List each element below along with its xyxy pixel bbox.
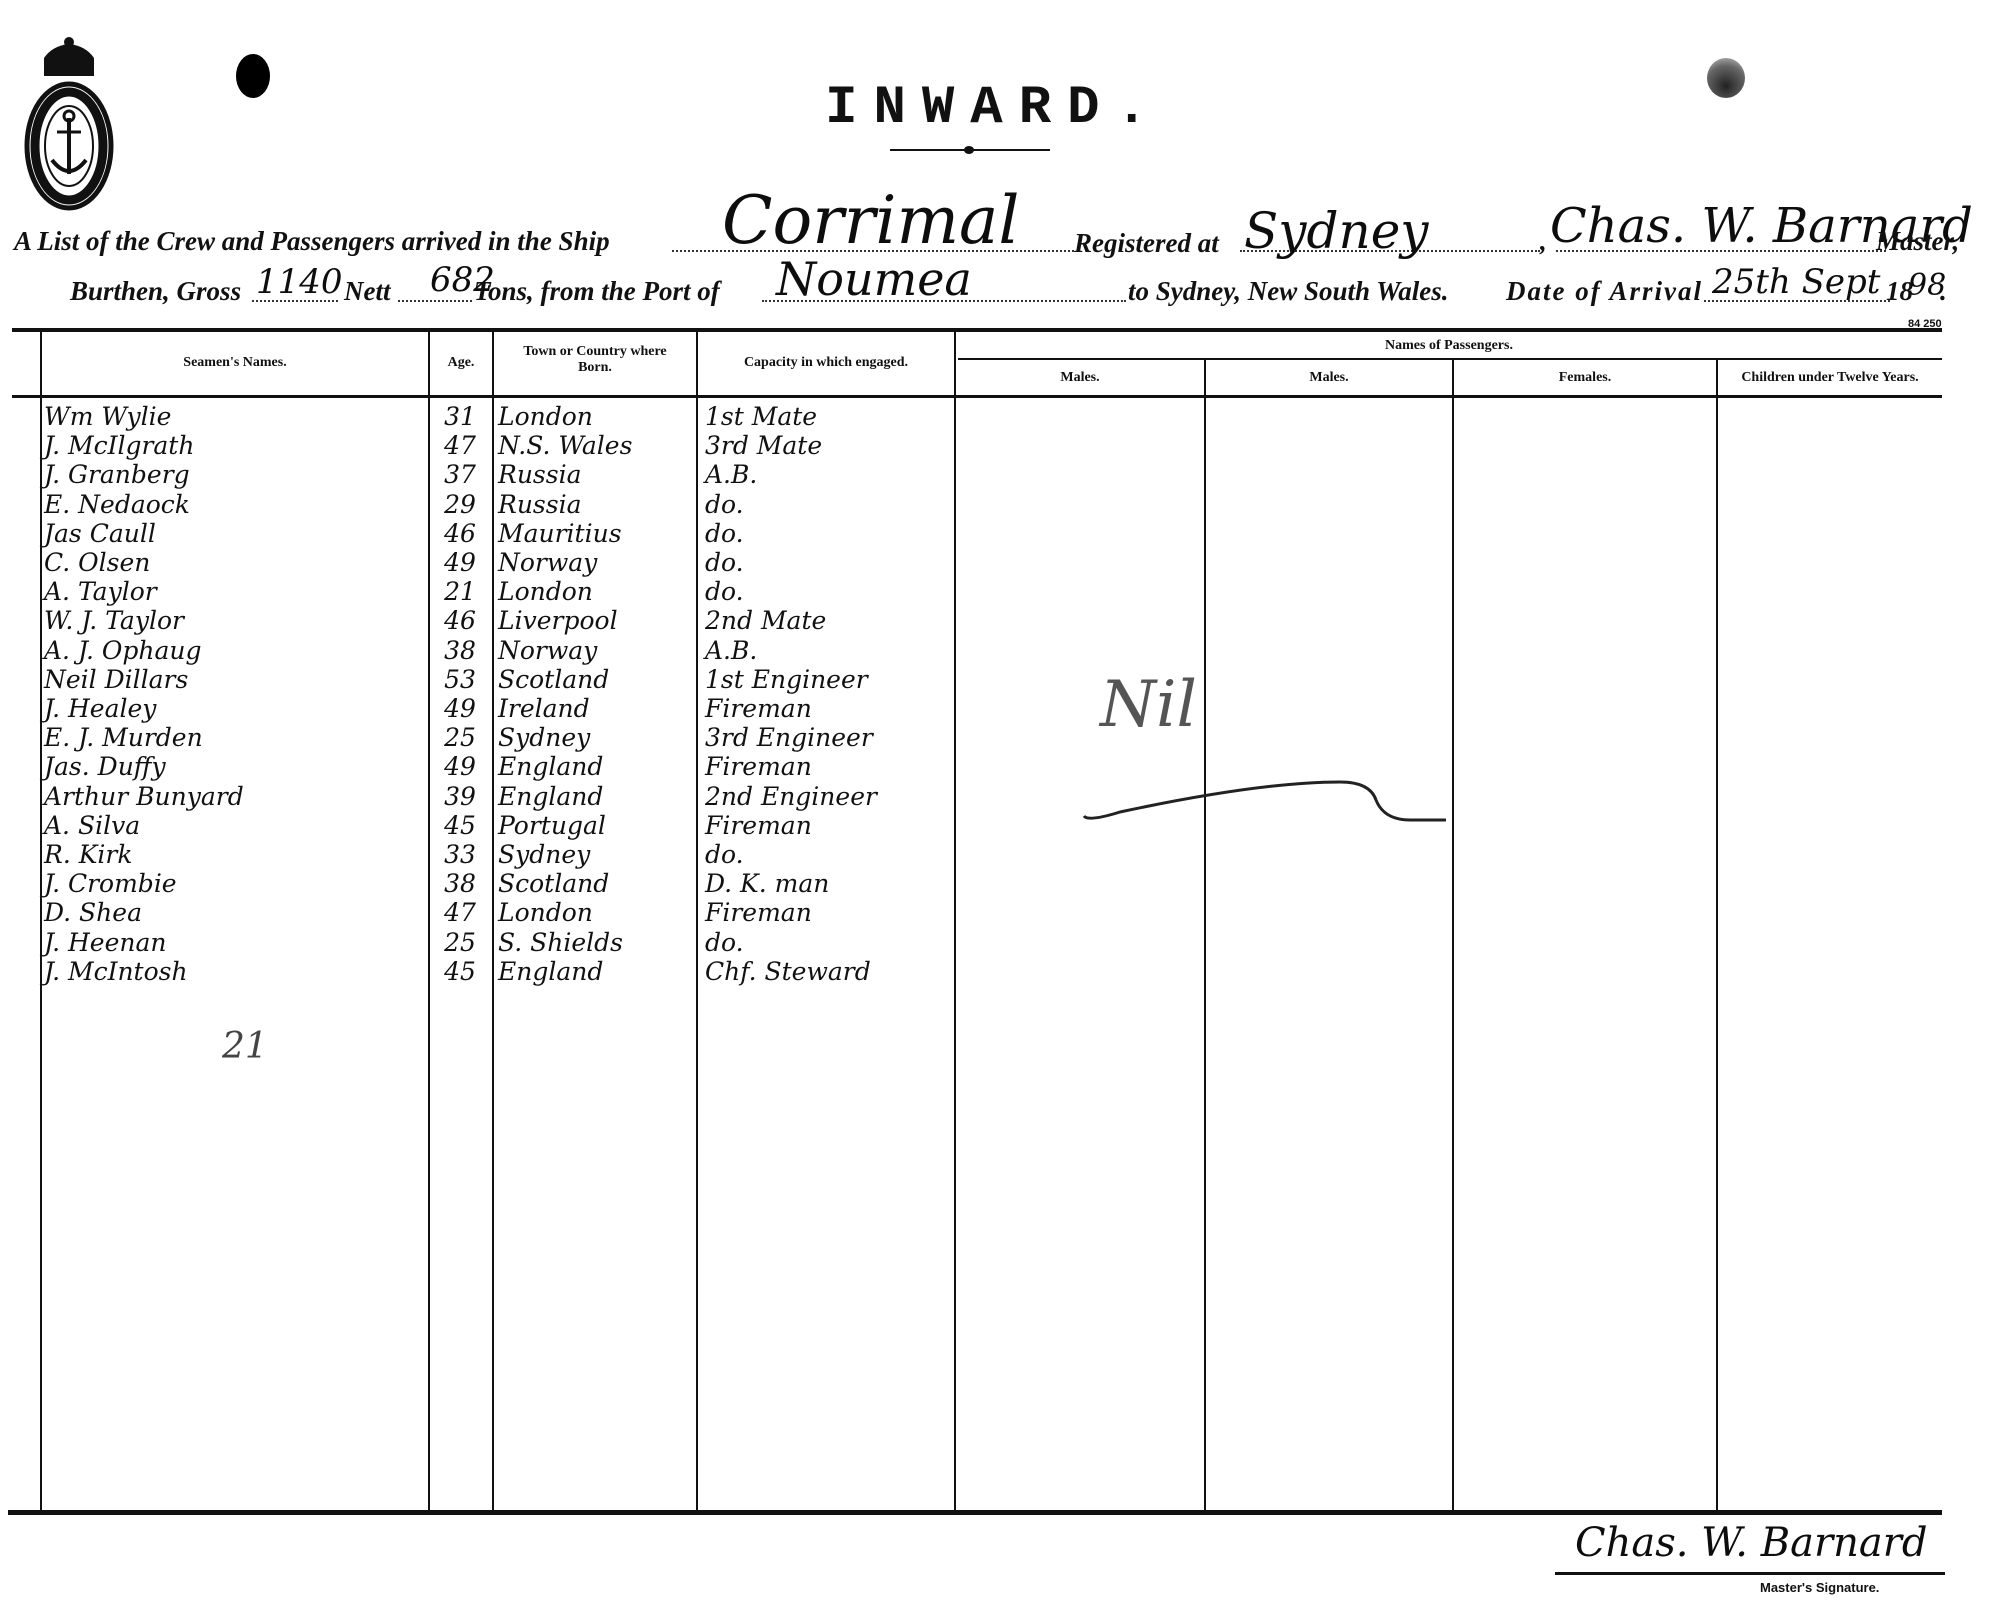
crew-birthplace: Russia xyxy=(498,490,581,519)
crew-capacity: 3rd Engineer xyxy=(705,723,873,752)
crew-capacity: A.B. xyxy=(705,636,757,665)
crew-capacity: D. K. man xyxy=(705,869,829,898)
crew-row: J. Granberg37RussiaA.B. xyxy=(0,460,1989,487)
crew-name: J. Crombie xyxy=(44,869,177,898)
crew-capacity: do. xyxy=(705,519,744,548)
registered-at-label: Registered at xyxy=(1074,228,1219,259)
crew-row: J. McIlgrath47N.S. Wales3rd Mate xyxy=(0,431,1989,458)
crew-age: 46 xyxy=(434,519,486,548)
crew-name: E. Nedaock xyxy=(44,490,190,519)
crew-birthplace: England xyxy=(498,752,603,781)
crew-capacity: do. xyxy=(705,840,744,869)
crew-capacity: Fireman xyxy=(705,752,812,781)
crew-capacity: 2nd Engineer xyxy=(705,782,877,811)
comma: , xyxy=(1540,226,1547,257)
crew-row: Jas. Duffy49EnglandFireman xyxy=(0,752,1989,779)
nett-tons-field-line xyxy=(398,300,472,302)
crew-row: R. Kirk33Sydneydo. xyxy=(0,840,1989,867)
crew-age: 25 xyxy=(434,723,486,752)
crew-age: 38 xyxy=(434,636,486,665)
crew-age: 21 xyxy=(434,577,486,606)
crew-capacity: Fireman xyxy=(705,694,812,723)
crew-birthplace: Portugal xyxy=(498,811,606,840)
tons-from-port-label: Tons, from the Port of xyxy=(474,276,720,307)
crew-birthplace: S. Shields xyxy=(498,928,623,957)
table-bottom-rule xyxy=(8,1510,1942,1515)
crew-birthplace: Scotland xyxy=(498,665,609,694)
crew-capacity: do. xyxy=(705,928,744,957)
col-header-seamens-names: Seamen's Names. xyxy=(42,355,428,371)
crew-name: A. Silva xyxy=(44,811,140,840)
crew-age: 45 xyxy=(434,811,486,840)
crew-row: D. Shea47LondonFireman xyxy=(0,898,1989,925)
crew-row: Arthur Bunyard39England2nd Engineer xyxy=(0,782,1989,809)
crew-name: Jas. Duffy xyxy=(44,752,166,781)
header-bottom-rule xyxy=(12,395,1942,398)
passengers-nil-note: Nil xyxy=(1100,668,1197,742)
crew-age: 38 xyxy=(434,869,486,898)
crew-capacity: do. xyxy=(705,490,744,519)
line-end-period: . xyxy=(1940,276,1947,307)
crew-birthplace: Scotland xyxy=(498,869,609,898)
crew-row: J. McIntosh45EnglandChf. Steward xyxy=(0,957,1989,984)
crew-birthplace: Norway xyxy=(498,548,597,577)
crew-row: E. J. Murden25Sydney3rd Engineer xyxy=(0,723,1989,750)
crew-age: 37 xyxy=(434,460,486,489)
col-header-capacity: Capacity in which engaged. xyxy=(698,355,954,371)
crew-birthplace: Liverpool xyxy=(498,606,618,635)
crew-birthplace: Sydney xyxy=(498,723,590,752)
burthen-gross-label: Burthen, Gross xyxy=(70,276,241,307)
crew-row: A. J. Ophaug38NorwayA.B. xyxy=(0,636,1989,663)
crew-row: E. Nedaock29Russiado. xyxy=(0,490,1989,517)
crew-name: J. Granberg xyxy=(44,460,190,489)
master-signature-label: Master's Signature. xyxy=(1760,1580,1879,1595)
gross-tons-value: 1140 xyxy=(256,262,343,302)
master-signature: Chas. W. Barnard xyxy=(1575,1520,1927,1566)
crew-name: Wm Wylie xyxy=(44,402,171,431)
crew-capacity: 1st Engineer xyxy=(705,665,868,694)
crew-row: Wm Wylie31London1st Mate xyxy=(0,402,1989,429)
from-port-value: Noumea xyxy=(776,252,972,306)
crew-row: C. Olsen49Norwaydo. xyxy=(0,548,1989,575)
crew-age: 29 xyxy=(434,490,486,519)
col-header-males-1: Males. xyxy=(956,370,1204,386)
crew-capacity: 3rd Mate xyxy=(705,431,822,460)
crew-age: 47 xyxy=(434,431,486,460)
crew-row: W. J. Taylor46Liverpool2nd Mate xyxy=(0,606,1989,633)
crew-row: A. Taylor21Londondo. xyxy=(0,577,1989,604)
crew-capacity: Chf. Steward xyxy=(705,957,871,986)
crew-capacity: Fireman xyxy=(705,898,812,927)
crew-capacity: do. xyxy=(705,548,744,577)
crew-name: J. Heenan xyxy=(44,928,166,957)
crew-birthplace: Ireland xyxy=(498,694,590,723)
col-header-females: Females. xyxy=(1454,370,1716,386)
col-header-town-born: Town or Country where Born. xyxy=(510,344,680,376)
crew-age: 53 xyxy=(434,665,486,694)
crew-age: 33 xyxy=(434,840,486,869)
crew-name: R. Kirk xyxy=(44,840,133,869)
crew-birthplace: England xyxy=(498,782,603,811)
crew-row: Jas Caull46Mauritiusdo. xyxy=(0,519,1989,546)
crew-age: 46 xyxy=(434,606,486,635)
crew-birthplace: N.S. Wales xyxy=(498,431,632,460)
crew-age: 39 xyxy=(434,782,486,811)
crew-birthplace: Sydney xyxy=(498,840,590,869)
crew-age: 31 xyxy=(434,402,486,431)
crew-name: Neil Dillars xyxy=(44,665,188,694)
ship-name-value: Corrimal xyxy=(722,182,1019,259)
crew-birthplace: London xyxy=(498,402,593,431)
col-header-age: Age. xyxy=(430,355,492,371)
crew-name: D. Shea xyxy=(44,898,142,927)
crew-birthplace: England xyxy=(498,957,603,986)
crew-capacity: do. xyxy=(705,577,744,606)
crew-row: Neil Dillars53Scotland1st Engineer xyxy=(0,665,1989,692)
date-of-arrival-label: Date of Arrival xyxy=(1506,276,1703,307)
crew-name: J. Healey xyxy=(44,694,156,723)
crew-birthplace: Norway xyxy=(498,636,597,665)
crew-name: E. J. Murden xyxy=(44,723,203,752)
crew-name: J. McIntosh xyxy=(44,957,188,986)
title-ornament xyxy=(890,148,1050,152)
col-header-names-of-passengers: Names of Passengers. xyxy=(956,338,1942,354)
crew-age: 25 xyxy=(434,928,486,957)
crew-birthplace: Mauritius xyxy=(498,519,622,548)
crew-capacity: A.B. xyxy=(705,460,757,489)
crew-name: A. J. Ophaug xyxy=(44,636,202,665)
nett-label: Nett xyxy=(344,276,391,307)
crew-age: 49 xyxy=(434,548,486,577)
crew-row: J. Healey49IrelandFireman xyxy=(0,694,1989,721)
crew-name: Jas Caull xyxy=(44,519,156,548)
crew-age: 49 xyxy=(434,752,486,781)
registered-port-value: Sydney xyxy=(1244,202,1429,260)
to-sydney-label: to Sydney, New South Wales. xyxy=(1128,276,1449,307)
crew-count-note: 21 xyxy=(222,1026,268,1067)
crew-birthplace: London xyxy=(498,898,593,927)
crew-birthplace: Russia xyxy=(498,460,581,489)
crew-row: A. Silva45PortugalFireman xyxy=(0,811,1989,838)
signature-line xyxy=(1555,1572,1945,1575)
list-prefix-label: A List of the Crew and Passengers arrive… xyxy=(14,226,610,257)
crew-capacity: 1st Mate xyxy=(705,402,817,431)
crew-name: J. McIlgrath xyxy=(44,431,194,460)
col-header-males-2: Males. xyxy=(1206,370,1452,386)
crew-birthplace: London xyxy=(498,577,593,606)
crew-row: J. Heenan25S. Shieldsdo. xyxy=(0,928,1989,955)
passengers-group-rule xyxy=(958,358,1942,360)
crew-capacity: Fireman xyxy=(705,811,812,840)
document-title: INWARD. xyxy=(0,78,1989,139)
crew-age: 47 xyxy=(434,898,486,927)
col-header-children: Children under Twelve Years. xyxy=(1718,370,1942,386)
master-label: Master, xyxy=(1876,226,1959,257)
crew-name: A. Taylor xyxy=(44,577,157,606)
crew-capacity: 2nd Mate xyxy=(705,606,826,635)
table-top-rule xyxy=(12,328,1942,332)
crew-age: 45 xyxy=(434,957,486,986)
crew-name: C. Olsen xyxy=(44,548,150,577)
crew-row: J. Crombie38ScotlandD. K. man xyxy=(0,869,1989,896)
crew-name: Arthur Bunyard xyxy=(44,782,244,811)
nil-flourish-stroke xyxy=(1080,760,1450,840)
arrival-date-value: 25th Sept xyxy=(1712,262,1880,302)
crew-name: W. J. Taylor xyxy=(44,606,184,635)
crew-age: 49 xyxy=(434,694,486,723)
